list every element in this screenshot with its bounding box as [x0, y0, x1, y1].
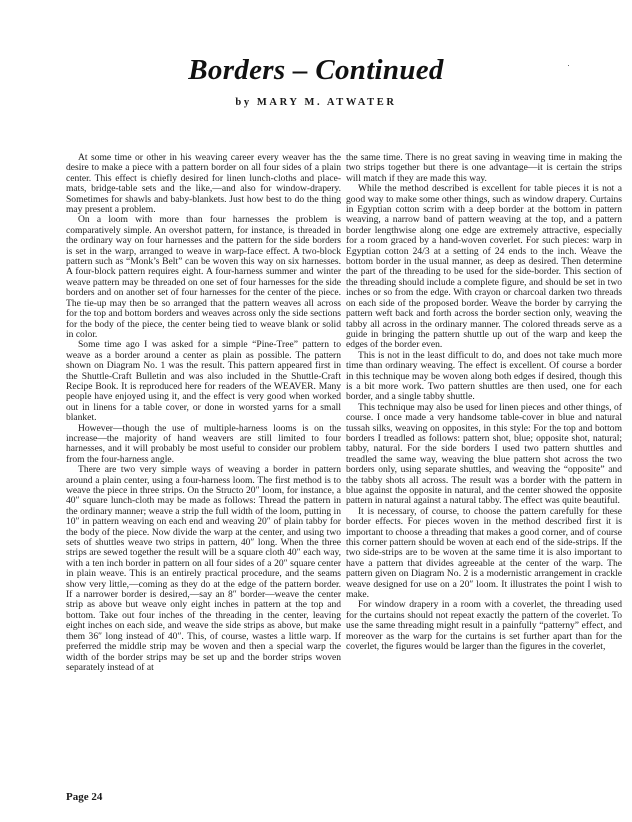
- paragraph: This technique may also be used for line…: [346, 403, 622, 507]
- paragraph: There are two very simple ways of weavin…: [66, 465, 341, 673]
- paragraph: It is necessary, of course, to choose th…: [346, 507, 622, 601]
- article-column-left: At some time or other in his weaving car…: [66, 153, 341, 673]
- article-column-right: the same time. There is no great saving …: [346, 153, 622, 653]
- page-title: Borders – Continued: [0, 54, 632, 87]
- print-speck: [568, 65, 569, 66]
- paragraph: This is not in the least difficult to do…: [346, 351, 622, 403]
- paragraph: However—though the use of multiple-harne…: [66, 424, 341, 466]
- author-byline: by MARY M. ATWATER: [0, 97, 632, 108]
- paragraph-continuation: the same time. There is no great saving …: [346, 153, 622, 184]
- page-number: Page 24: [66, 791, 102, 803]
- paragraph: At some time or other in his weaving car…: [66, 153, 341, 215]
- paragraph: On a loom with more than four harnesses …: [66, 215, 341, 340]
- paragraph: While the method described is excellent …: [346, 184, 622, 351]
- paragraph: Some time ago I was asked for a simple “…: [66, 340, 341, 423]
- paragraph: For window drapery in a room with a cove…: [346, 600, 622, 652]
